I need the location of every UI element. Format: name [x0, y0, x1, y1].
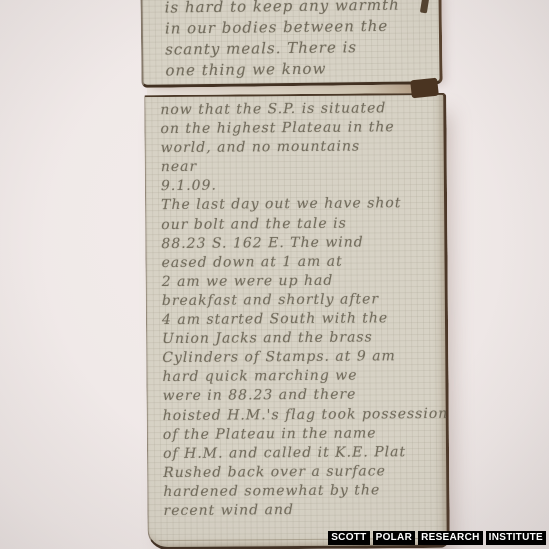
handwriting-line: breakfast and shortly after: [162, 290, 439, 311]
handwriting-line: world, and no mountains: [161, 137, 438, 158]
handwriting-line: Union Jacks and the brass: [162, 328, 439, 349]
handwriting-line: on the highest Plateau in the: [160, 118, 437, 139]
watermark-word: SCOTT: [328, 531, 369, 545]
handwriting-line: of the Plateau in the name: [163, 423, 440, 444]
watermark-word: RESEARCH: [418, 531, 483, 545]
handwriting-line: is hard to keep any warmth: [165, 0, 433, 19]
handwriting-line: 88.23 S. 162 E. The wind: [161, 233, 438, 254]
top-page-handwriting: is hard to keep any warmthin our bodies …: [142, 0, 439, 82]
handwriting-line: Rushed back over a surface: [163, 462, 440, 483]
handwriting-line: one thing we know: [165, 57, 433, 81]
handwriting-line: Cylinders of Stamps. at 9 am: [162, 347, 439, 368]
handwriting-line: recent wind and: [163, 500, 440, 521]
notebook-main-page: now that the S.P. is situatedon the high…: [144, 93, 450, 549]
handwriting-line: 4 am started South with the: [162, 309, 439, 330]
handwriting-line: were in 88.23 and there: [163, 385, 440, 406]
handwriting-line: eased down at 1 am at: [161, 252, 438, 273]
notebook-top-page: is hard to keep any warmthin our bodies …: [140, 0, 442, 88]
photo-backdrop: is hard to keep any warmthin our bodies …: [0, 0, 549, 549]
handwriting-line: of H.M. and called it K.E. Plat: [163, 443, 440, 464]
main-page-handwriting: now that the S.P. is situatedon the high…: [145, 95, 446, 521]
handwriting-line: hard quick marching we: [162, 366, 439, 387]
handwriting-line: now that the S.P. is situated: [160, 99, 437, 120]
watermark-word: INSTITUTE: [486, 531, 546, 545]
handwriting-line: near: [161, 156, 438, 177]
handwriting-line: hoisted H.M.'s flag took possession: [163, 404, 440, 425]
watermark: SCOTTPOLARRESEARCHINSTITUTE: [325, 527, 546, 545]
handwriting-line: 9.1.09.: [161, 175, 438, 196]
handwriting-line: our bolt and the tale is: [161, 213, 438, 234]
notebook-binding-shadow: [410, 78, 439, 99]
handwriting-line: The last day out we have shot: [161, 194, 438, 215]
watermark-word: POLAR: [373, 531, 416, 545]
handwriting-line: 2 am we were up had: [162, 271, 439, 292]
handwriting-line: hardened somewhat by the: [163, 481, 440, 502]
